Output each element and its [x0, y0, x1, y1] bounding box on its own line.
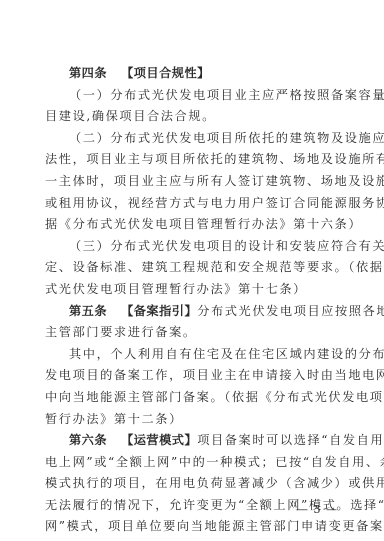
- article-4-heading: 第四条: [69, 66, 107, 80]
- paragraph-line: 暂行办法》第十二条）: [45, 409, 339, 431]
- article-5-text: 分布式光伏发电项目应按照各地能源: [197, 304, 384, 318]
- paragraph-line: 据《分布式光伏发电项目管理暂行办法》第十六条）: [45, 214, 339, 236]
- paragraph-line: 发电项目的备案工作，项目业主在申请接入时由当地电网企业集: [45, 365, 339, 387]
- article-5-heading-line: 第五条【备案指引】分布式光伏发电项目应按照各地能源: [45, 301, 339, 323]
- paragraph-line: 或租用协议，视经营方式与电力用户签订合同能源服务协议。（依: [45, 193, 339, 215]
- article-6-text: 项目备案时可以选择“自发自用、余: [197, 433, 384, 447]
- document-page: 第四条【项目合规性】 （一）分布式光伏发电项目业主应严格按照备案容量开展项 目建…: [45, 63, 339, 538]
- article-6-heading: 第六条: [69, 433, 107, 447]
- paragraph-line: 式光伏发电项目管理暂行办法》第十七条）: [45, 279, 339, 301]
- paragraph-line: 网”模式，项目单位要向当地能源主管部门申请变更备案，并不: [45, 516, 339, 538]
- paragraph-line: 无法履行的情况下，允许变更为“全额上网”模式。选择“全额上: [45, 495, 339, 517]
- page-number: — 3 —: [297, 503, 338, 516]
- paragraph-line: （一）分布式光伏发电项目业主应严格按照备案容量开展项: [45, 85, 339, 107]
- paragraph-line: 电上网”或“全额上网”中的一种模式；已按“自发自用、余电上网”: [45, 452, 339, 474]
- article-6-title: 【运营模式】: [121, 433, 197, 447]
- article-4-heading-line: 第四条【项目合规性】: [45, 63, 339, 85]
- paragraph-line: （三）分布式光伏发电项目的设计和安装应符合有关管理规: [45, 236, 339, 258]
- article-5-title: 【备案指引】: [121, 304, 197, 318]
- paragraph-line: 目建设,确保项目合法合规。: [45, 106, 339, 128]
- paragraph-line: 定、设备标准、建筑工程规范和安全规范等要求。（依据《分布: [45, 257, 339, 279]
- paragraph-line: 法性，项目业主与项目所依托的建筑物、场地及设施所有人非同: [45, 149, 339, 171]
- paragraph-line: 模式执行的项目，在用电负荷显著减少（含减少）或供用电关系: [45, 473, 339, 495]
- paragraph-line: 其中，个人利用自有住宅及在住宅区域内建设的分布式光伏: [45, 344, 339, 366]
- article-4-title: 【项目合规性】: [121, 66, 210, 80]
- paragraph-line: 主管部门要求进行备案。: [45, 322, 339, 344]
- article-5-heading: 第五条: [69, 304, 107, 318]
- paragraph-line: （二）分布式光伏发电项目所依托的建筑物及设施应具有合: [45, 128, 339, 150]
- article-6-heading-line: 第六条【运营模式】项目备案时可以选择“自发自用、余: [45, 430, 339, 452]
- paragraph-line: 一主体时，项目业主应与所有人签订建筑物、场地及设施的使用: [45, 171, 339, 193]
- paragraph-line: 中向当地能源主管部门备案。（依据《分布式光伏发电项目管理: [45, 387, 339, 409]
